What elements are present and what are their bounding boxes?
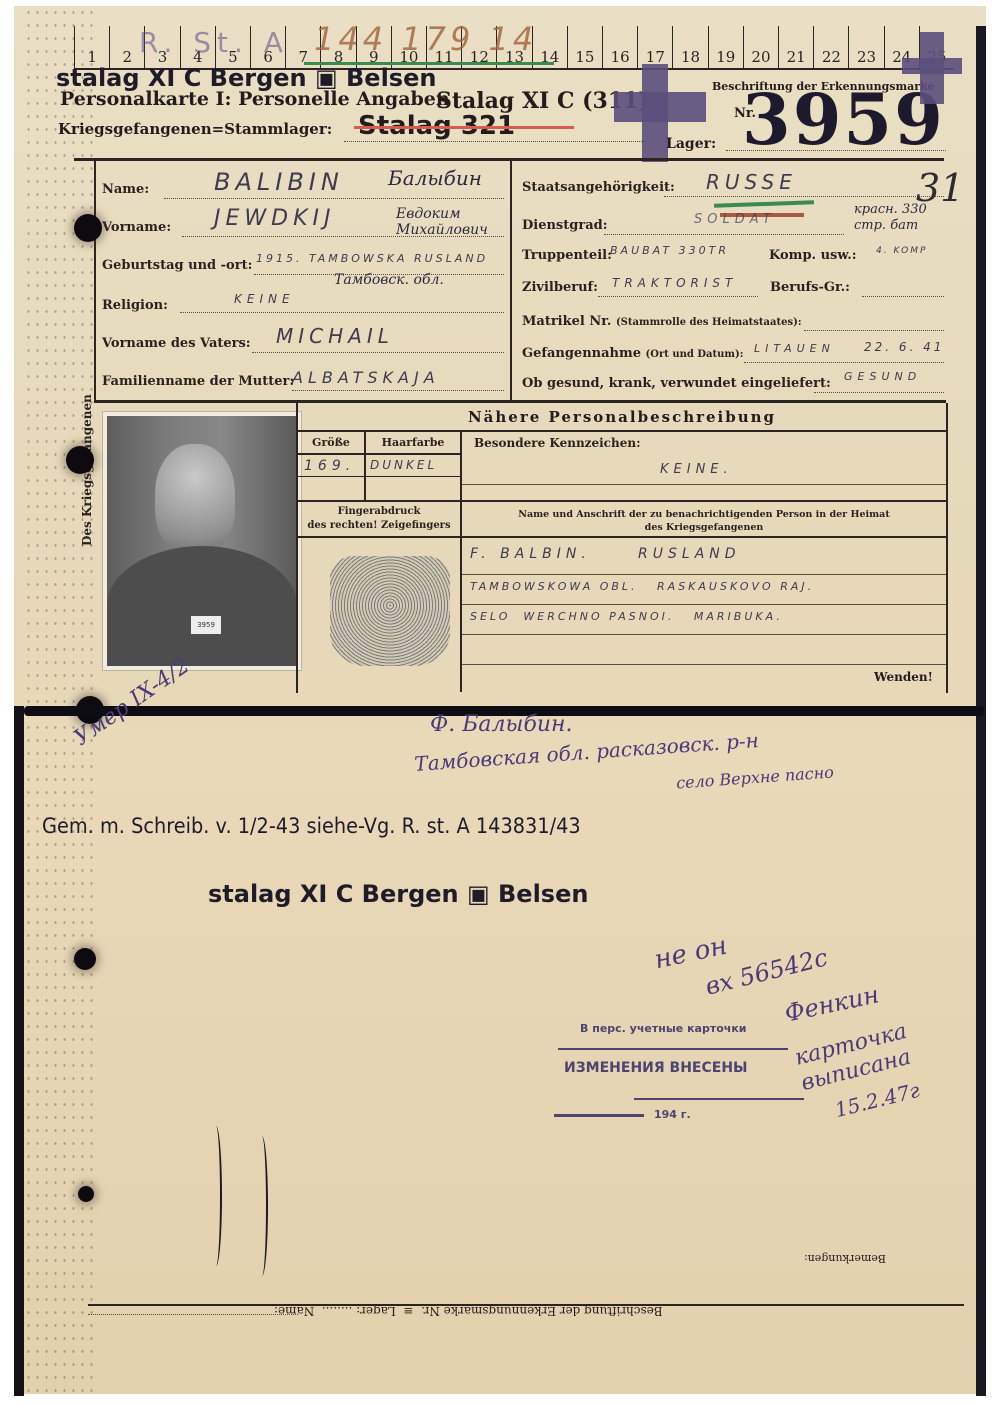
contact-line-2: TAMBOWSKOWA OBL. RASKAUSKOVO RAJ. [470,580,814,593]
stammlager-label: Kriegsgefangenen=Stammlager: [58,120,332,138]
haarfarbe-value: DUNKEL [370,458,437,472]
matrikel-label-text: Matrikel Nr. [522,314,611,329]
vater-label: Vorname des Vaters: [102,336,251,351]
name-rule [164,198,504,199]
bemerkungen-label: Bemerkungen: [804,1252,886,1265]
matrikel-label: Matrikel Nr. (Stammrolle des Heimatstaat… [522,314,802,329]
punch-hole [74,214,102,242]
haarfarbe-label: Haarfarbe [366,436,460,449]
berufs-gr-label: Berufs-Gr.: [770,280,850,295]
vater-value: MICHAIL [276,324,394,348]
contact-line-3: SELO WERCHNO PASNOI. MARIBUKA. [470,610,783,623]
gefangennahme-label: Gefangennahme (Ort und Datum): [522,346,743,361]
fingerprint-label-1: Fingerabdruck [298,506,460,517]
description-heading: Nähere Personalbeschreibung [298,408,946,426]
ru-stamp-rule-1 [558,1048,788,1050]
header-divider [74,158,944,161]
scan-edge-left [14,706,24,1396]
truppenteil-label: Truppenteil: [522,248,612,263]
name-value: BALIBIN [214,168,344,196]
prisoner-photo: 3959 [102,411,302,671]
personalkarte-card: 1234567891011121314151617181920212223242… [14,6,986,1394]
staat-rule [664,196,944,197]
truppenteil-value: BAUBAT 330TR [610,244,729,257]
mutter-label: Familienname der Mutter: [102,374,294,389]
groesse-label: Größe [298,436,364,449]
zivilberuf-label: Zivilberuf: [522,280,598,295]
dienstgrad-rule [604,234,844,235]
corner-stamp-mark-bar [902,58,962,74]
staat-value: RUSSE [706,170,797,194]
table-heading-rule [296,430,946,432]
footer-dotted-rule [88,1314,298,1315]
table-col-2 [460,430,462,692]
lager-label: Lager: [666,136,716,152]
green-stripe [714,200,814,207]
ru-note-3: Фенкин [782,980,881,1027]
gesund-label: Ob gesund, krank, verwundet eingeliefert… [522,376,831,391]
table-row-4 [296,536,946,538]
photo-body [107,546,297,666]
matrikel-rule [804,330,944,331]
name-cyrillic: Балыбин [388,166,482,190]
vorname-label: Vorname: [102,220,171,235]
religion-rule [180,312,504,313]
religion-label: Religion: [102,298,168,313]
footer-labels-upside-down: Beschriftung der Erkennungsmarke Nr. ≡ L… [274,1304,663,1318]
dienstgrad-value: SOLDAT [694,212,776,227]
rsta-stamp: R. St. A [139,26,289,59]
mutter-value: ALBATSKAJA [292,368,440,387]
ruler-cell: 22 [813,26,848,68]
contact-rule-4 [462,664,946,665]
kennzeichen-rule [462,484,946,485]
handwritten-ru-name: Ф. Балыбин. [430,712,573,737]
vorname-value: JEWDKIJ [214,206,336,231]
typed-reference: Gem. m. Schreib. v. 1/2-43 siehe-Vg. R. … [42,814,581,838]
photo-head [155,444,235,554]
fingerprint-label-2: des rechten! Zeigefingers [298,520,460,531]
punch-hole [66,446,94,474]
vorname-cyrillic: Евдоким Михайлович [396,206,506,238]
komp-value: 4. KOMP [876,246,927,256]
contact-label-1: Name und Anschrift der zu benachrichtige… [462,509,946,520]
fingerprint-image [330,556,450,666]
punch-hole [74,948,96,970]
ruler-cell: 20 [743,26,778,68]
red-strike [354,126,574,129]
column-divider [510,161,512,401]
ruler-cell: 16 [602,26,637,68]
name-label: Name: [102,182,149,197]
religion-value: KEINE [234,292,295,306]
ruler-cell: 17 [637,26,672,68]
contact-rule-2 [462,604,946,605]
gefangennahme-sublabel: (Ort und Datum): [646,349,744,360]
komp-label: Komp. usw.: [769,248,857,263]
camp-stamp-lower: stalag XI C Bergen ▣ Belsen [208,880,588,908]
ru-stamp-line-1: В перс. учетные карточки [580,1022,747,1035]
table-right-border [946,403,948,693]
contact-line-1: F. BALBIN. RUSLAND [470,546,741,562]
dienstgrad-label: Dienstgrad: [522,218,608,233]
pow-number: 3959 [742,82,945,158]
groesse-value: 169. [304,458,355,474]
geburt-label: Geburtstag und -ort: [102,258,252,273]
gefangen-rule [744,362,944,363]
ru-stamp-line-3: 194 г. [654,1108,691,1121]
stammlager-rule [344,141,644,142]
berufs-rule [862,296,944,297]
ruler-cell: 21 [778,26,813,68]
kennzeichen-value: KEINE. [660,462,733,477]
table-row-3 [296,500,946,502]
wenden-label: Wenden! [874,670,933,684]
ruler-cell: 1 [74,26,109,68]
geburt-cyrillic: Тамбовск. обл. [334,272,444,288]
contact-label-2: des Kriegsgefangenen [462,522,946,533]
table-row-2 [296,476,460,477]
gefangennahme-date: 22. 6. 41 [864,340,944,354]
matrikel-sublabel: (Stammrolle des Heimatstaates): [616,317,802,328]
side-label-vertical: Des Kriegsgefangenen [80,316,94,546]
geburt-value: 1915. TAMBOWSKA RUSLAND [256,252,488,265]
photo-id-tag: 3959 [191,616,221,634]
handwritten-top-number: 144 179 14 [314,20,537,58]
contact-rule-1 [462,574,946,575]
ru-stamp-dash [554,1114,644,1117]
mutter-rule [292,390,504,391]
ruler-cell: 23 [848,26,883,68]
zivil-rule [598,296,758,297]
cross-stamp-horizontal [614,92,706,122]
contact-rule-3 [462,634,946,635]
table-row-1 [296,453,460,455]
left-border [94,161,96,401]
gefangennahme-place: LITAUEN [754,342,835,355]
gesund-value: GESUND [844,370,921,383]
punch-hole [78,1186,94,1202]
handwritten-ru-address-2: село Верхне пасно [676,763,835,793]
vater-rule [252,352,504,353]
gesund-rule [814,392,944,393]
ruler-cell: 19 [708,26,743,68]
pen-bracket-2 [256,1136,268,1276]
ru-stamp-line-2: ИЗМЕНЕНИЯ ВНЕСЕНЫ [564,1060,748,1076]
card-title: Personalkarte I: Personelle Angaben [60,88,450,110]
ruler-cell: 18 [672,26,707,68]
kennzeichen-label: Besondere Kennzeichen: [474,436,641,450]
pen-bracket-1 [210,1126,222,1266]
section-divider [94,400,946,403]
gefangennahme-label-text: Gefangennahme [522,346,641,361]
ruler-cell: 15 [567,26,602,68]
zivilberuf-value: TRAKTORIST [612,276,737,290]
staat-label: Staatsangehörigkeit: [522,180,675,195]
ru-stamp-rule-2 [634,1098,804,1100]
dienstgrad-cyrillic: красн. 330 стр. бат [854,202,954,234]
